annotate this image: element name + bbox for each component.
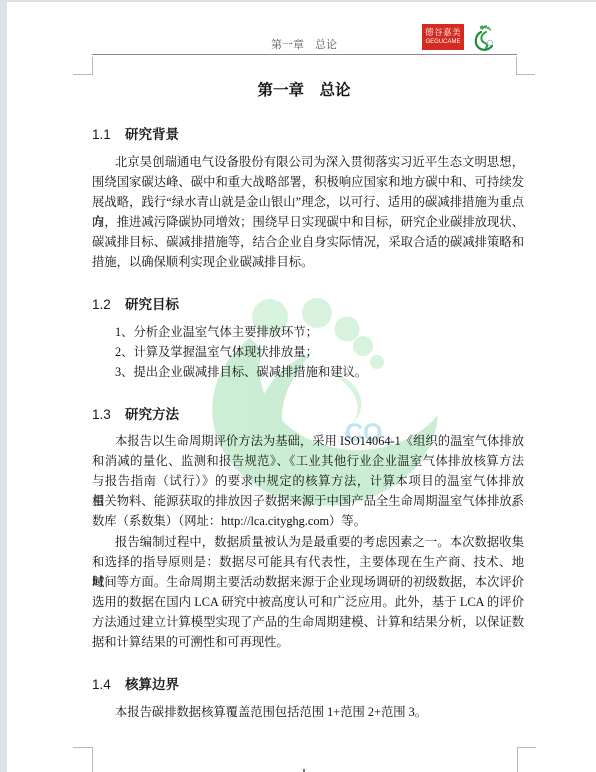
section-number: 1.1 — [92, 125, 125, 145]
section-heading-1-1: 1.1研究背景 — [92, 125, 179, 145]
section-number: 1.2 — [92, 295, 125, 315]
paragraph-line: 时间等方面。生命周期主要活动数据来源于企业现场调研的初级数据，本次评价 — [92, 572, 524, 592]
paragraph-line: 选用的数据在国内 LCA 研究中被高度认可和广泛应用。此外，基于 LCA 的评价 — [92, 592, 524, 612]
paragraph-accounting-boundary: 本报告碳排数据核算覆盖范围包括范围 1+范围 2+范围 3。 — [92, 702, 524, 722]
paragraph-data-quality: 报告编制过程中，数据质量被认为是最重要的考虑因素之一。本次数据收集 和选择的指导… — [92, 532, 524, 652]
footprint-co2-watermark-icon: CO 2 — [0, 0, 596, 772]
section-heading-1-3: 1.3研究方法 — [92, 405, 179, 425]
section-title: 研究目标 — [125, 297, 179, 312]
list-item: 1、分析企业温室气体主要排放环节； — [115, 322, 367, 342]
section-heading-1-2: 1.2研究目标 — [92, 295, 179, 315]
paragraph-line: 围绕国家碳达峰、碳中和重大战略部署，积极响应国家和地方碳中和、可持续发 — [92, 172, 524, 192]
section-title: 研究背景 — [125, 127, 179, 142]
paragraph-method-basis: 本报告以生命周期评价方法为基础，采用 ISO14064-1《组织的温室气体排放 … — [92, 431, 524, 531]
paragraph-line: 本报告碳排数据核算覆盖范围包括范围 1+范围 2+范围 3。 — [92, 702, 524, 722]
paragraph-line: 方法通过建立计算模型实现了产品的生命周期建模、计算和结果分析，以保证数 — [92, 612, 524, 632]
section-title: 核算边界 — [125, 677, 179, 692]
section-heading-1-4: 1.4核算边界 — [92, 675, 179, 695]
paragraph-line: 措施，以确保顺利实现企业碳减排目标。 — [92, 252, 524, 272]
chapter-title: 第一章 总论 — [92, 80, 516, 102]
paragraph-line: 展战略，践行“绿水青山就是金山银山”理念，以可行、适用的碳减排措施为重点方 — [92, 192, 524, 212]
section-title: 研究方法 — [125, 407, 179, 422]
paragraph-line: 和选择的指导原则是：数据尽可能具有代表性，主要体现在生产商、技术、地域、 — [92, 552, 524, 572]
paragraph-line: 报告编制过程中，数据质量被认为是最重要的考虑因素之一。本次数据收集 — [92, 532, 524, 552]
paragraph-line: 和消减的量化、监测和报告规范》、《工业其他行业企业温室气体排放核算方法 — [92, 451, 524, 471]
list-item: 2、计算及掌握温室气体现状排放量； — [115, 342, 367, 362]
research-goals-list: 1、分析企业温室气体主要排放环节； 2、计算及掌握温室气体现状排放量； 3、提出… — [115, 322, 367, 382]
section-number: 1.3 — [92, 405, 125, 425]
paragraph-line: 北京昊创瑞通电气设备股份有限公司为深入贯彻落实习近平生态文明思想， — [92, 152, 524, 172]
paragraph-line: 相关物料、能源获取的排放因子数据来源于中国产品全生命周期温室气体排放系 — [92, 491, 524, 511]
paragraph-line: 据和计算结果的可溯性和可再现性。 — [92, 632, 524, 652]
paragraph-line: 本报告以生命周期评价方法为基础，采用 ISO14064-1《组织的温室气体排放 — [92, 431, 524, 451]
list-item: 3、提出企业碳减排目标、碳减排措施和建议。 — [115, 362, 367, 382]
paragraph-line: 数库（系数集）（网址：http://lca.cityghg.com）等。 — [92, 511, 524, 531]
paragraph-research-background: 北京昊创瑞通电气设备股份有限公司为深入贯彻落实习近平生态文明思想， 围绕国家碳达… — [92, 152, 524, 272]
paragraph-line: 碳减排目标、碳减排措施等，结合企业自身实际情况，采取合适的碳减排策略和 — [92, 232, 524, 252]
paragraph-line: 与报告指南（试行）》的要求中规定的核算方法，计算本项目的温室气体排放量。 — [92, 471, 524, 491]
paragraph-line: 向，推进减污降碳协同增效；围绕早日实现碳中和目标，研究企业碳排放现状、 — [92, 212, 524, 232]
section-number: 1.4 — [92, 675, 125, 695]
